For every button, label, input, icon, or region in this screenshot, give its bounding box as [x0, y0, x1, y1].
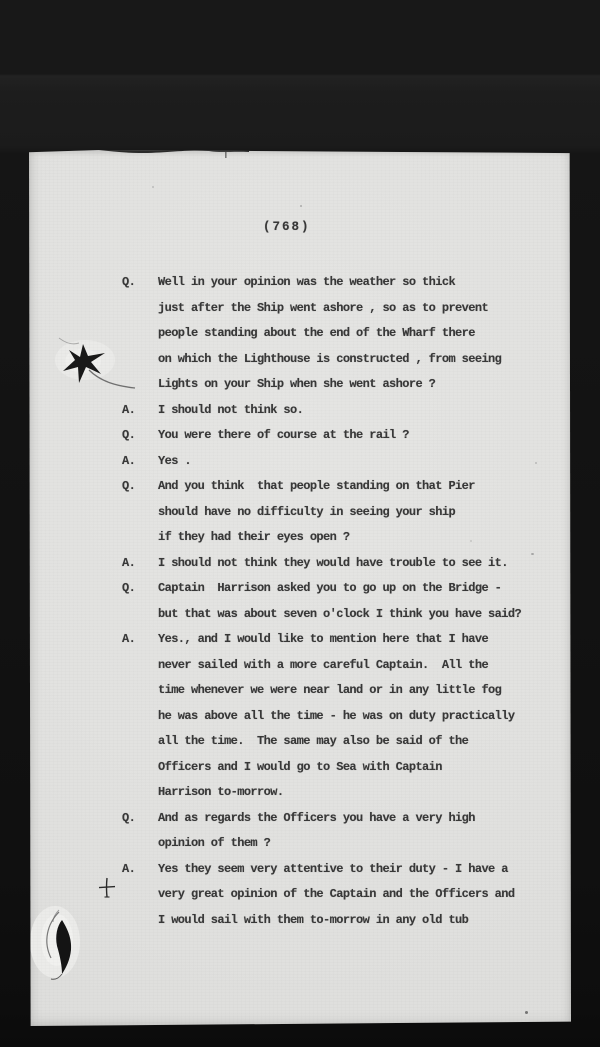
qa-line: A.I should not think so. — [158, 398, 570, 424]
qa-line-text: Captain Harrison asked you to go up on t… — [158, 581, 501, 595]
qa-line: on which the Lighthouse is constructed ,… — [158, 347, 570, 373]
qa-line-text: never sailed with a more careful Captain… — [158, 658, 488, 672]
qa-line-text: people standing about the end of the Wha… — [158, 326, 475, 340]
qa-label: Q. — [122, 423, 135, 449]
qa-line-text: And you think that people standing on th… — [158, 479, 475, 493]
qa-line: he was above all the time - he was on du… — [158, 704, 570, 730]
qa-label: A. — [122, 449, 135, 475]
qa-label: A. — [122, 627, 135, 653]
film-scan-frame: (768) Q.Well in your opinion was the wea… — [0, 0, 600, 1047]
qa-entry: Q.Captain Harrison asked you to go up on… — [158, 576, 570, 627]
qa-line-text: very great opinion of the Captain and th… — [158, 887, 514, 901]
qa-line-text: opinion of them ? — [158, 836, 270, 850]
qa-line-text: And as regards the Officers you have a v… — [158, 811, 475, 825]
paper-speck — [525, 1011, 528, 1014]
qa-line: Lights on your Ship when she went ashore… — [158, 372, 570, 398]
qa-line: time whenever we were near land or in an… — [158, 678, 570, 704]
qa-entry: A.Yes they seem very attentive to their … — [158, 857, 570, 934]
plus-pen-mark — [96, 876, 118, 900]
qa-line-text: all the time. The same may also be said … — [158, 734, 468, 748]
qa-entries: Q.Well in your opinion was the weather s… — [158, 270, 570, 933]
star-tear-mark — [49, 330, 159, 400]
qa-line-text: if they had their eyes open ? — [158, 530, 349, 544]
qa-line-text: I would sail with them to-morrow in any … — [158, 913, 468, 927]
qa-entry: A.Yes., and I would like to mention here… — [158, 627, 570, 806]
qa-entry: A.Yes . — [158, 449, 570, 475]
qa-line-text: Yes they seem very attentive to their du… — [158, 862, 508, 876]
qa-line-text: Officers and I would go to Sea with Capt… — [158, 760, 442, 774]
qa-line: if they had their eyes open ? — [158, 525, 570, 551]
qa-line: A.I should not think they would have tro… — [158, 551, 570, 577]
qa-line: Q.You were there of course at the rail ? — [158, 423, 570, 449]
top-edge-smudge-mark — [59, 145, 254, 159]
qa-entry: Q.Well in your opinion was the weather s… — [158, 270, 570, 398]
qa-line-text: should have no difficulty in seeing your… — [158, 505, 455, 519]
qa-line: Q.And you think that people standing on … — [158, 474, 570, 500]
qa-line-text: time whenever we were near land or in an… — [158, 683, 501, 697]
qa-entry: Q.And you think that people standing on … — [158, 474, 570, 551]
qa-line: A.Yes they seem very attentive to their … — [158, 857, 570, 883]
qa-line: but that was about seven o'clock I think… — [158, 602, 570, 628]
paper-speck — [152, 186, 154, 188]
qa-line: people standing about the end of the Wha… — [158, 321, 570, 347]
qa-line: A.Yes., and I would like to mention here… — [158, 627, 570, 653]
qa-line: Officers and I would go to Sea with Capt… — [158, 755, 570, 781]
qa-line: Q.And as regards the Officers you have a… — [158, 806, 570, 832]
qa-line-text: I should not think so. — [158, 403, 303, 417]
qa-line: Q.Captain Harrison asked you to go up on… — [158, 576, 570, 602]
qa-line-text: Well in your opinion was the weather so … — [158, 275, 455, 289]
qa-label: A. — [122, 857, 135, 883]
qa-label: Q. — [122, 806, 135, 832]
qa-line: Harrison to-morrow. — [158, 780, 570, 806]
qa-line-text: just after the Ship went ashore , so as … — [158, 301, 488, 315]
qa-line: A.Yes . — [158, 449, 570, 475]
page-number: (768) — [263, 220, 311, 234]
qa-line-text: Yes., and I would like to mention here t… — [158, 632, 488, 646]
qa-line: opinion of them ? — [158, 831, 570, 857]
qa-line: Q.Well in your opinion was the weather s… — [158, 270, 570, 296]
qa-line-text: I should not think they would have troub… — [158, 556, 508, 570]
qa-line-text: on which the Lighthouse is constructed ,… — [158, 352, 501, 366]
qa-label: A. — [122, 551, 135, 577]
qa-label: Q. — [122, 474, 135, 500]
qa-label: Q. — [122, 576, 135, 602]
qa-line: just after the Ship went ashore , so as … — [158, 296, 570, 322]
qa-line: should have no difficulty in seeing your… — [158, 500, 570, 526]
qa-entry: Q.You were there of course at the rail ? — [158, 423, 570, 449]
qa-line-text: Harrison to-morrow. — [158, 785, 283, 799]
qa-line-text: Lights on your Ship when she went ashore… — [158, 377, 435, 391]
crescent-hole-mark — [29, 900, 91, 995]
qa-entry: A.I should not think they would have tro… — [158, 551, 570, 577]
qa-entry: A.I should not think so. — [158, 398, 570, 424]
qa-line-text: Yes . — [158, 454, 191, 468]
qa-line: all the time. The same may also be said … — [158, 729, 570, 755]
qa-line: never sailed with a more careful Captain… — [158, 653, 570, 679]
document-page: (768) Q.Well in your opinion was the wea… — [29, 150, 571, 1026]
qa-line: very great opinion of the Captain and th… — [158, 882, 570, 908]
qa-line-text: You were there of course at the rail ? — [158, 428, 409, 442]
qa-line: I would sail with them to-morrow in any … — [158, 908, 570, 934]
qa-entry: Q.And as regards the Officers you have a… — [158, 806, 570, 857]
qa-line-text: but that was about seven o'clock I think… — [158, 607, 521, 621]
qa-line-text: he was above all the time - he was on du… — [158, 709, 514, 723]
paper-speck — [300, 205, 302, 207]
qa-label: A. — [122, 398, 135, 424]
qa-label: Q. — [122, 270, 135, 296]
